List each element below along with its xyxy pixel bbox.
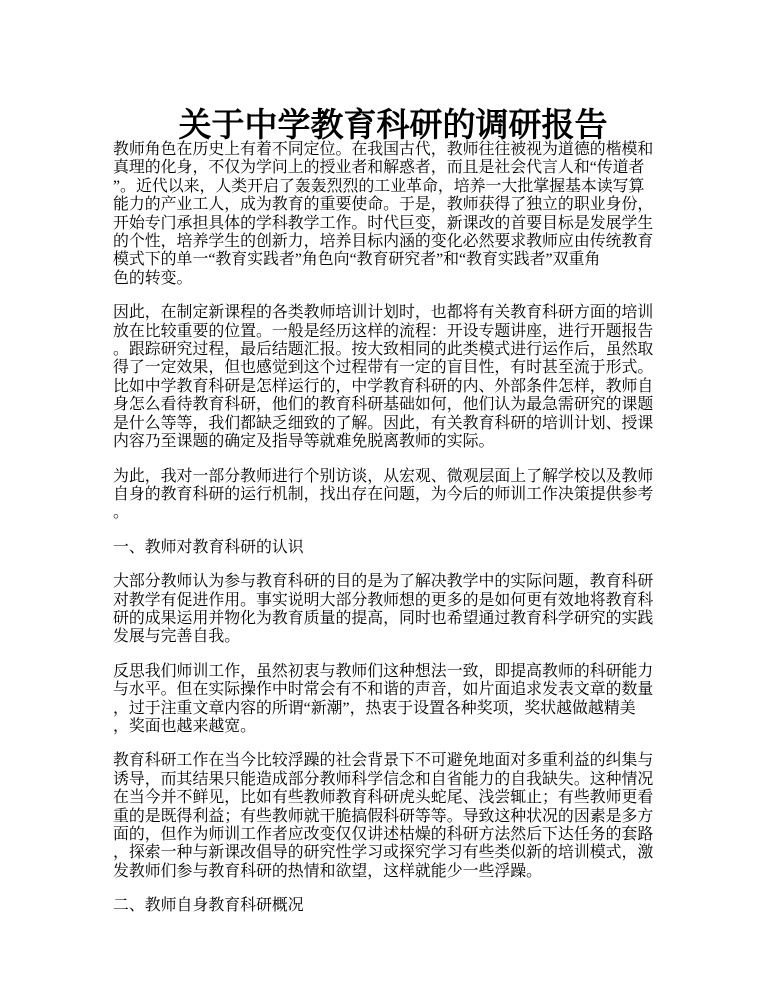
paragraph-research-environment: 教育科研工作在当今比较浮躁的社会背景下不可避免地面对多重利益的纠集与 诱导，而其… — [113, 752, 733, 881]
section-heading-2: 二、教师自身教育科研概况 — [113, 897, 733, 915]
document-body: 教师角色在历史上有着不同定位。在我国古代，教师往往被视为道德的楷模和 真理的化身… — [113, 141, 733, 916]
paragraph-reflection: 反思我们师训工作，虽然初衷与教师们这种想法一致，即提高教师的科研能力 与水平。但… — [113, 663, 733, 737]
paragraph-survey-purpose: 为此，我对一部分教师进行个别访谈，从宏观、微观层面上了解学校以及教师 自身的教育… — [113, 468, 733, 523]
paragraph-training-process: 因此，在制定新课程的各类教师培训计划时，也都将有关教育科研方面的培训 放在比较重… — [113, 304, 733, 451]
section-heading-1: 一、教师对教育科研的认识 — [113, 539, 733, 557]
document-page: 关于中学教育科研的调研报告 教师角色在历史上有着不同定位。在我国古代，教师往往被… — [0, 0, 770, 1000]
paragraph-intro-teacher-role: 教师角色在历史上有着不同定位。在我国古代，教师往往被视为道德的楷模和 真理的化身… — [113, 141, 733, 288]
paragraph-teacher-views: 大部分教师认为参与教育科研的目的是为了解决教学中的实际问题，教育科研 对教学有促… — [113, 573, 733, 647]
